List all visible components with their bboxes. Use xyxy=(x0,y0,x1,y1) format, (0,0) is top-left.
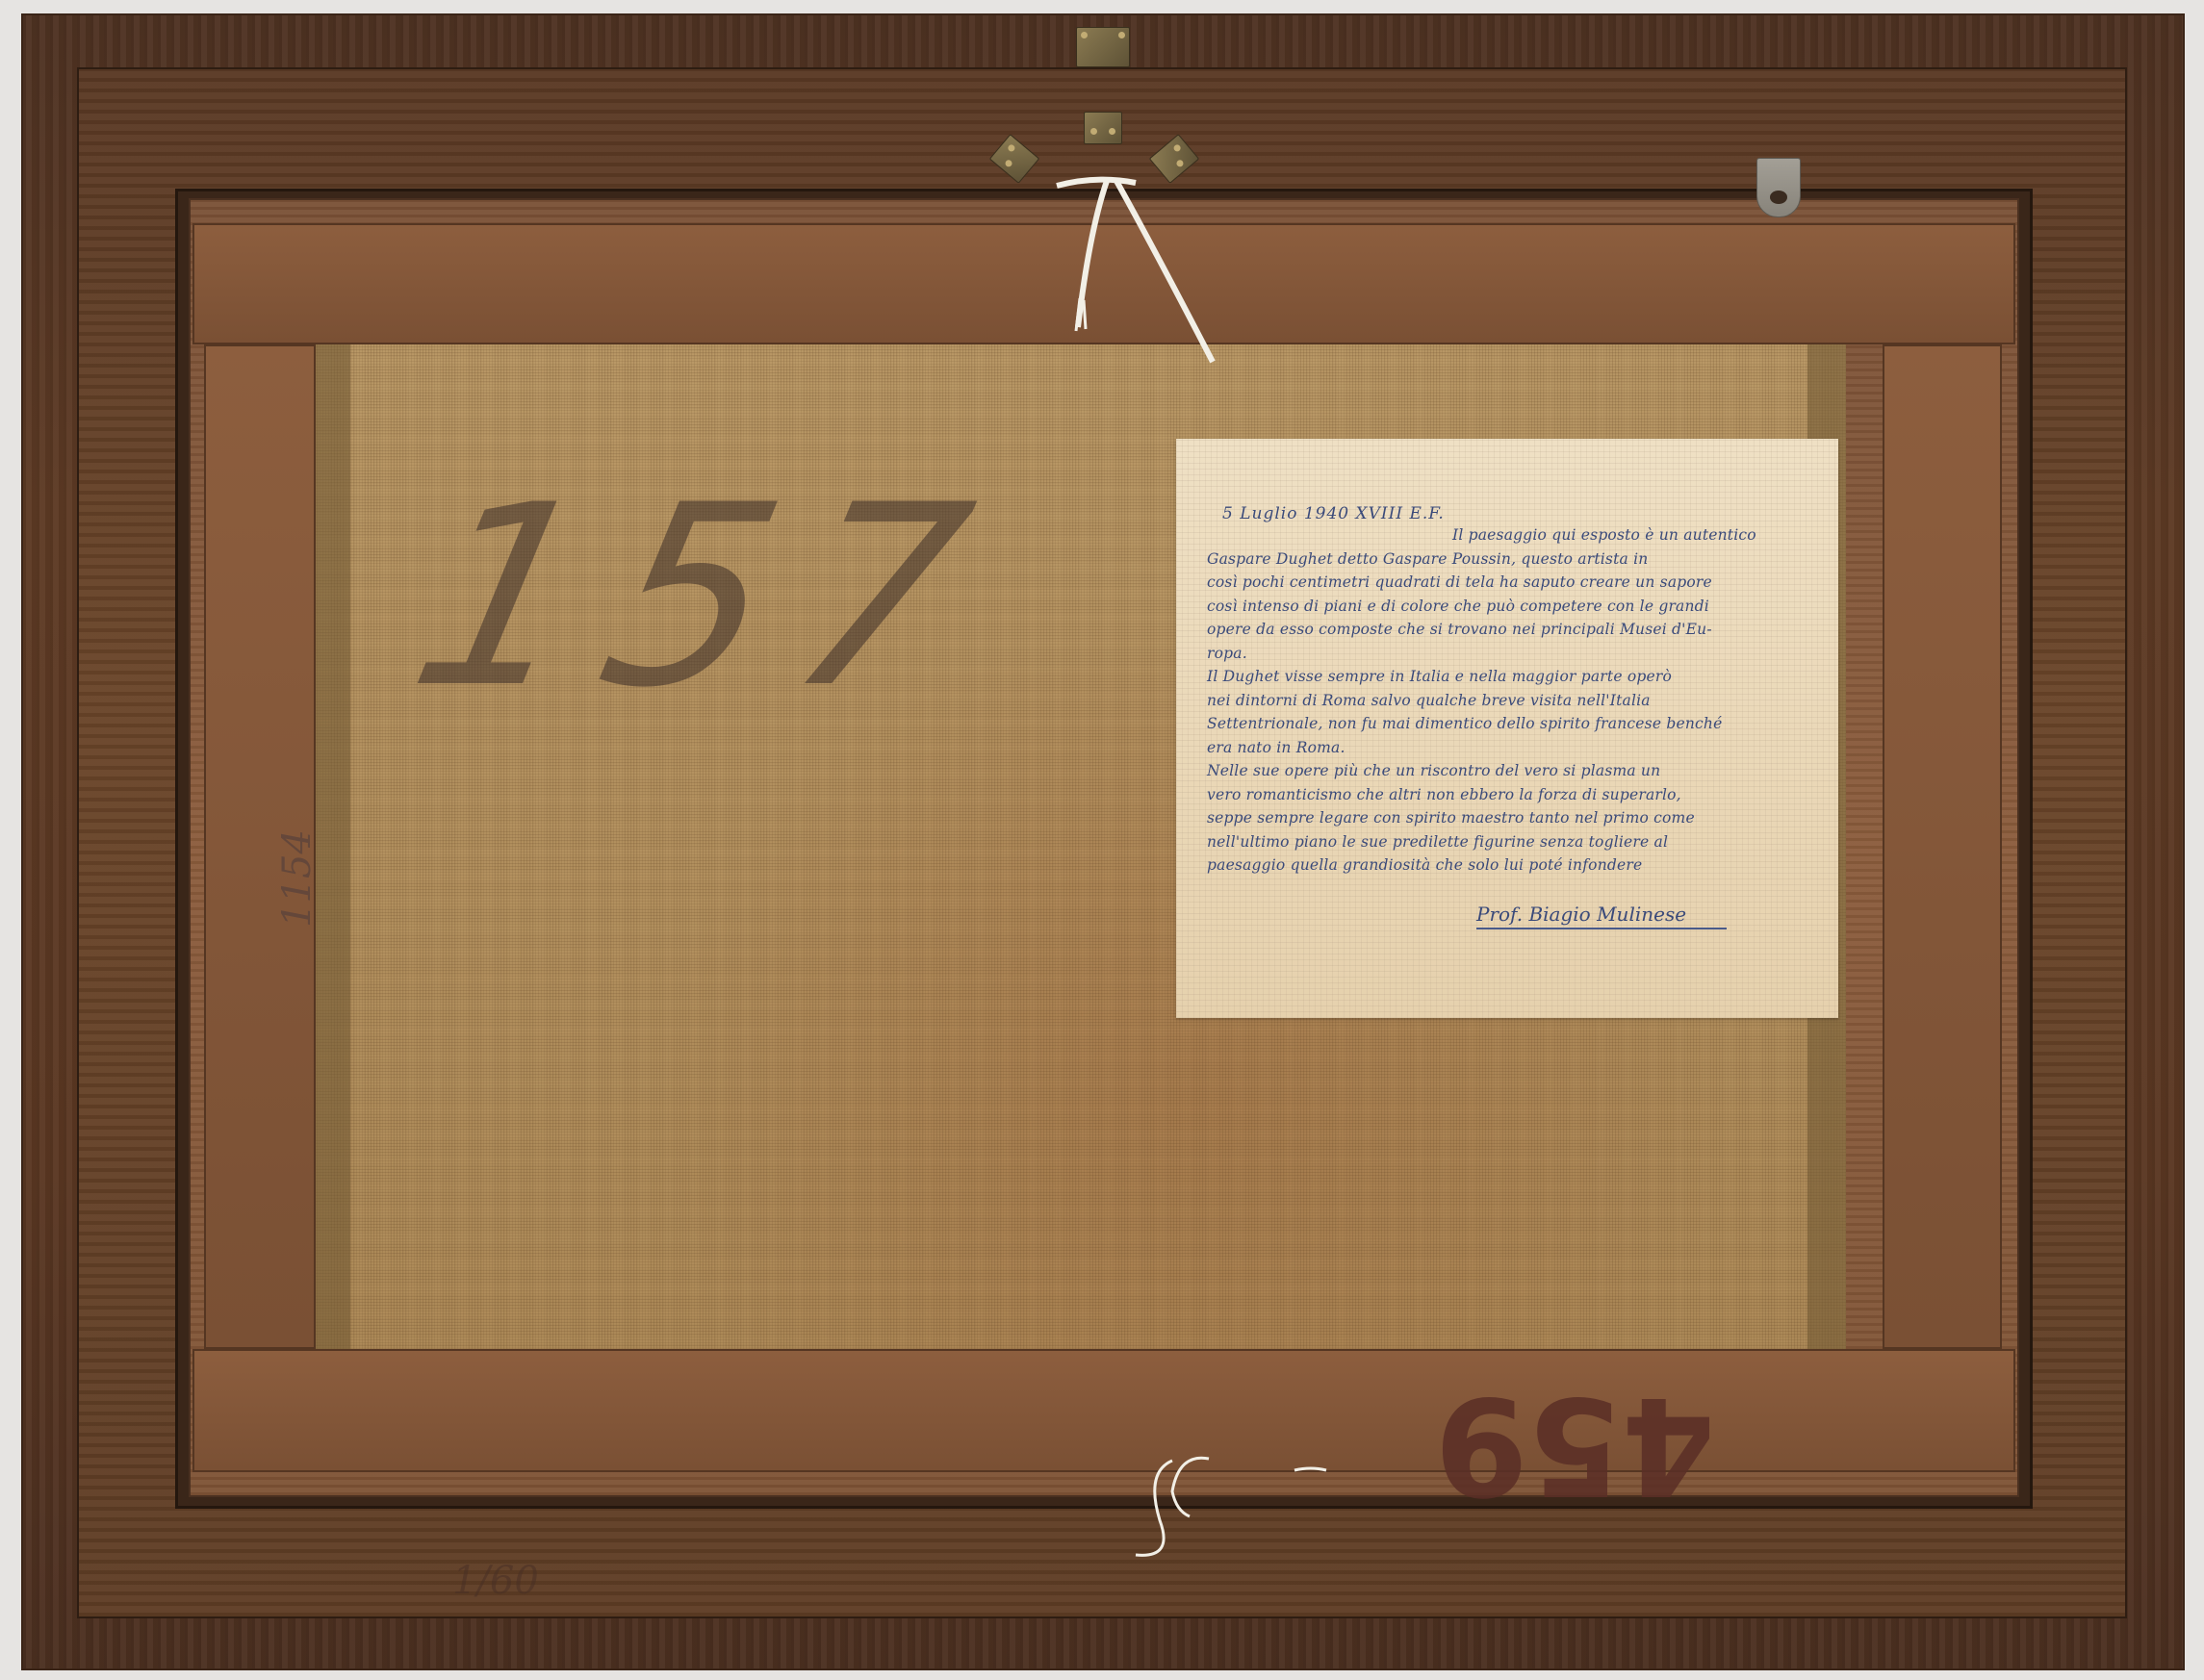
hanging-cord-icon xyxy=(0,0,2204,1680)
